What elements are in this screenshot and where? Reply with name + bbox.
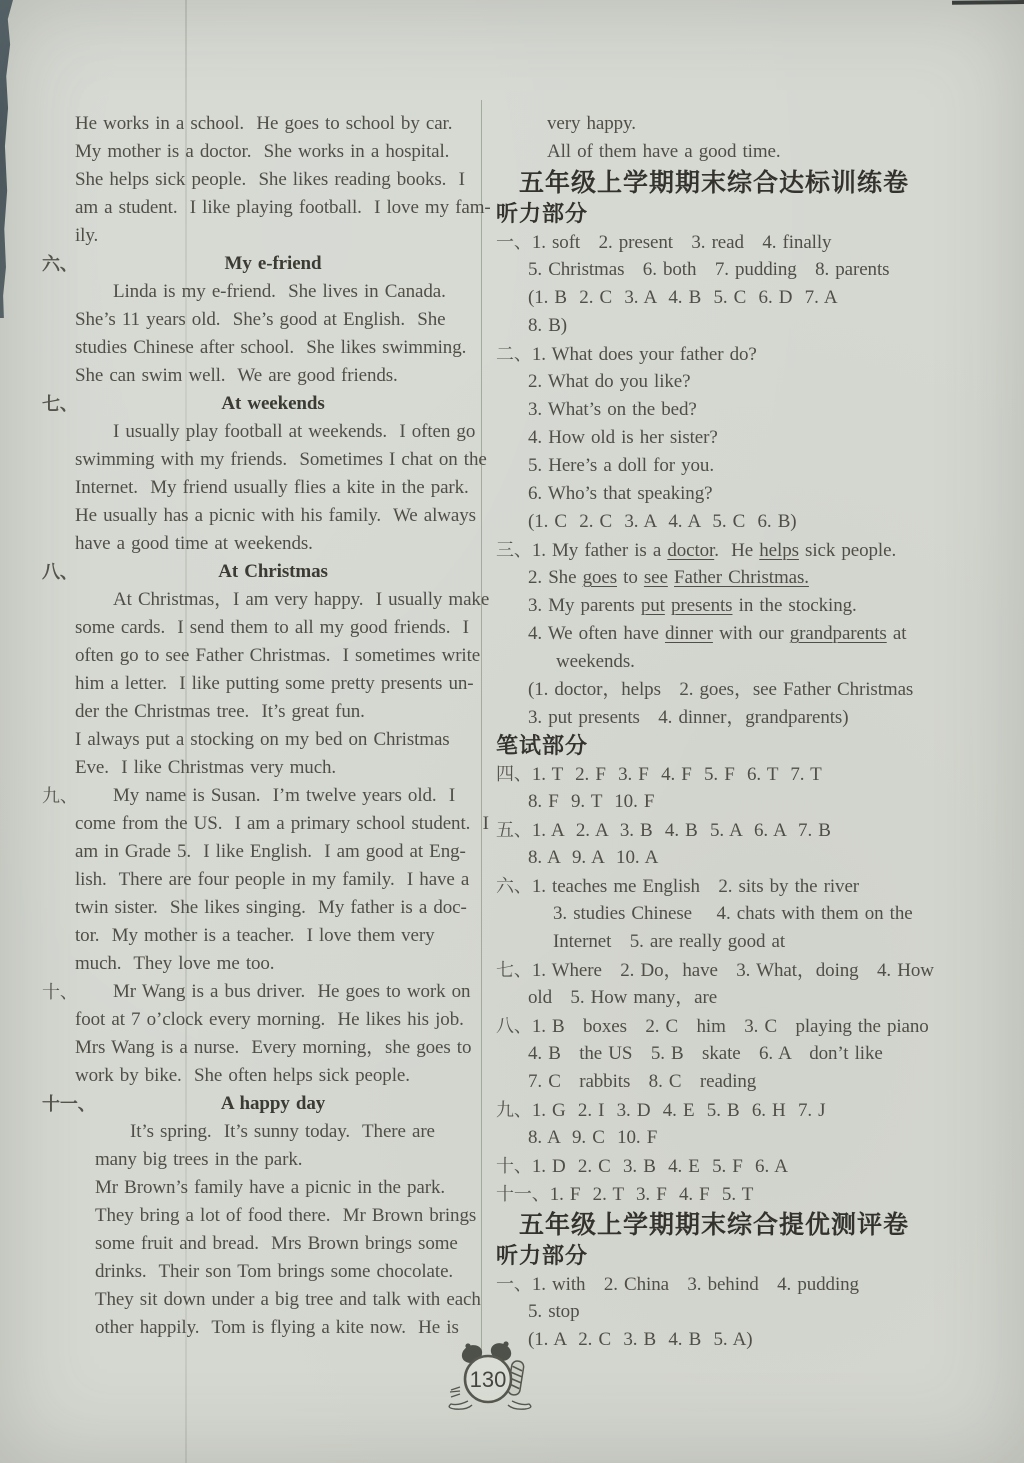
line-text: 3. My parents [528,595,641,616]
line-text: tor. My mother is a teacher. I love them… [75,925,435,946]
text-line: tor. My mother is a teacher. I love them… [75,922,471,950]
text-line: old 5. How many，are [496,984,932,1012]
line-text: 4. We often have [528,623,665,644]
text-line: 5. Christmas 6. both 7. pudding 8. paren… [496,256,932,284]
line-text: At Christmas [218,561,328,582]
line-text: 4. How old is her sister? [528,427,718,448]
item-number-label: 九、 [42,782,78,810]
line-text: with our [713,623,790,644]
line-text: 5. Here’s a doll for you. [528,455,714,476]
line-text: some fruit and bread. Mrs Brown brings s… [95,1233,458,1254]
text-line: It’s spring. It’s sunny today. There are [75,1118,471,1146]
line-text: 1. B boxes 2. C him 3. C playing the pia… [532,1016,929,1037]
line-text: come from the US. I am a primary school … [75,813,489,834]
text-line: 2. What do you like? [496,368,932,396]
line-text: 8. A 9. A 10. A [528,847,658,868]
text-line: 4. We often have dinner with our grandpa… [496,620,932,648]
line-text: 1. D 2. C 3. B 4. E 5. F 6. A [532,1156,788,1177]
line-text: He usually has a picnic with his family.… [75,505,476,526]
text-line: studies Chinese after school. She likes … [75,334,471,362]
line-text: some cards. I send them to all my good f… [75,617,469,638]
line-text: Mr Brown’s family have a picnic in the p… [95,1177,445,1198]
text-line: 六、1. teaches me English 2. sits by the r… [496,872,932,900]
text-line: weekends. [496,648,932,676]
underlined-answer-word: helps [759,540,799,561]
line-text: 1. F 2. T 3. F 4. F 5. T [550,1184,754,1205]
underlined-answer-word: Father Christmas. [674,567,809,588]
text-line: 8. F 9. T 10. F [496,788,932,816]
passage-heading: 七、At weekends [75,390,471,418]
text-line: him a letter. I like putting some pretty… [75,670,471,698]
passage-heading: 十一、A happy day [75,1090,471,1118]
text-line: many big trees in the park. [75,1146,471,1174]
page-number: 130 [470,1367,507,1392]
text-line: 4. How old is her sister? [496,424,932,452]
text-line: ily. [75,222,471,250]
item-number-label: 五、 [496,816,532,844]
line-text: der the Christmas tree. It’s great fun. [75,701,365,722]
text-line: She’s 11 years old. She’s good at Englis… [75,306,471,334]
underlined-answer-word: goes [583,567,617,588]
line-text: 听力部分 [496,201,588,226]
underlined-answer-word: dinner [665,623,713,644]
line-text: My mother is a doctor. She works in a ho… [75,141,449,162]
line-text: 3. put presents 4. dinner，grandparents) [528,707,848,728]
item-number-label: 三、 [496,536,532,564]
item-number-label: 八、 [496,1012,532,1040]
text-line: come from the US. I am a primary school … [75,810,471,838]
scan-edge-line [952,0,1024,5]
line-text: 1. What does your father do? [532,344,757,365]
text-line: At Christmas，I am very happy. I usually … [75,586,471,614]
line-text: twin sister. She likes singing. My fathe… [75,897,467,918]
line-text: 1. G 2. I 3. D 4. E 5. B 6. H 7. J [532,1100,826,1121]
scanned-answer-key-page: He works in a school. He goes to school … [0,0,1024,1463]
line-text: 1. T 2. F 3. F 4. F 5. F 6. T 7. T [532,764,822,785]
text-line: foot at 7 o’clock every morning. He like… [75,1006,471,1034]
line-text: swimming with my friends. Sometimes I ch… [75,449,487,470]
text-line: have a good time at weekends. [75,530,471,558]
text-line: All of them have a good time. [496,138,932,166]
line-text: 笔试部分 [496,733,588,758]
text-line: 3. studies Chinese 4. chats with them on… [496,900,932,928]
text-line: 3. My parents put presents in the stocki… [496,592,932,620]
text-line: lish. There are four people in my family… [75,866,471,894]
underlined-answer-word: grandparents [790,623,887,644]
line-text: 6. Who’s that speaking? [528,483,712,504]
text-line: 十、Mr Wang is a bus driver. He goes to wo… [75,978,471,1006]
text-line: 5. Here’s a doll for you. [496,452,932,480]
line-text: I usually play football at weekends. I o… [113,421,475,442]
text-line: They bring a lot of food there. Mr Brown… [75,1202,471,1230]
line-text: Internet. My friend usually flies a kite… [75,477,469,498]
line-text: 1. soft 2. present 3. read 4. finally [532,232,832,253]
item-number-label: 十一、 [496,1180,550,1208]
underlined-answer-word: put [641,595,665,616]
item-number-label: 十、 [42,978,78,1006]
text-line: 7. C rabbits 8. C reading [496,1068,932,1096]
text-line: twin sister. She likes singing. My fathe… [75,894,471,922]
line-text: 7. C rabbits 8. C reading [528,1071,756,1092]
line-text: 3. What’s on the bed? [528,399,697,420]
text-line: drinks. Their son Tom brings some chocol… [75,1258,471,1286]
text-line: I usually play football at weekends. I o… [75,418,471,446]
line-text: drinks. Their son Tom brings some chocol… [95,1261,453,1282]
item-number-label: 九、 [496,1096,532,1124]
line-text: other happily. Tom is flying a kite now.… [95,1317,459,1338]
line-text: very happy. [547,113,636,134]
exam-title: 五年级上学期期末综合达标训练卷 [496,166,932,200]
text-line: 九、My name is Susan. I’m twelve years old… [75,782,471,810]
line-text: She can swim well. We are good friends. [75,365,398,386]
passage-heading: 八、At Christmas [75,558,471,586]
line-text: My e-friend [225,253,322,274]
underlined-answer-word: presents [671,595,732,616]
text-line: 3. What’s on the bed? [496,396,932,424]
text-line: 8. A 9. C 10. F [496,1124,932,1152]
text-line: 3. put presents 4. dinner，grandparents) [496,704,932,732]
line-text: many big trees in the park. [95,1149,302,1170]
line-text: at [887,623,907,644]
item-number-label: 七、 [496,956,532,984]
text-line: 8. A 9. A 10. A [496,844,932,872]
column-divider-rule [481,100,482,1358]
text-line: My mother is a doctor. She works in a ho… [75,138,471,166]
text-line: (1. B 2. C 3. A 4. B 5. C 6. D 7. A [496,284,932,312]
line-text: At Christmas，I am very happy. I usually … [113,589,489,610]
text-line: Internet 5. are really good at [496,928,932,956]
text-line: (1. C 2. C 3. A 4. A 5. C 6. B) [496,508,932,536]
item-number-label: 八、 [42,558,78,586]
line-text: (1. A 2. C 3. B 4. B 5. A) [528,1329,752,1350]
text-line: 8. B) [496,312,932,340]
line-text: am a student. I like playing football. I… [75,197,491,218]
underlined-answer-word: see [644,567,668,588]
line-text: 1. with 2. China 3. behind 4. pudding [532,1274,859,1295]
text-line: (1. A 2. C 3. B 4. B 5. A) [496,1326,932,1354]
line-text: They sit down under a big tree and talk … [95,1289,481,1310]
line-text: Eve. I like Christmas very much. [75,757,336,778]
line-text: All of them have a good time. [547,141,781,162]
item-number-label: 一、 [496,1270,532,1298]
scan-torn-edge [0,0,13,318]
text-line: 三、1. My father is a doctor. He helps sic… [496,536,932,564]
line-text: My name is Susan. I’m twelve years old. … [113,785,455,806]
text-line: am in Grade 5. I like English. I am good… [75,838,471,866]
text-line: 八、1. B boxes 2. C him 3. C playing the p… [496,1012,932,1040]
text-line: 5. stop [496,1298,932,1326]
text-line: 七、1. Where 2. Do，have 3. What，doing 4. H… [496,956,932,984]
text-line: He works in a school. He goes to school … [75,110,471,138]
line-text: 8. F 9. T 10. F [528,791,654,812]
item-number-label: 四、 [496,760,532,788]
line-text: him a letter. I like putting some pretty… [75,673,474,694]
text-line: 十、1. D 2. C 3. B 4. E 5. F 6. A [496,1152,932,1180]
text-line: Linda is my e-friend. She lives in Canad… [75,278,471,306]
line-text: A happy day [221,1093,325,1114]
item-number-label: 十一、 [42,1090,96,1118]
text-line: 6. Who’s that speaking? [496,480,932,508]
item-number-label: 一、 [496,228,532,256]
text-line: She helps sick people. She likes reading… [75,166,471,194]
line-text: sick people. [799,540,896,561]
text-line: am a student. I like playing football. I… [75,194,471,222]
line-text: I always put a stocking on my bed on Chr… [75,729,450,750]
line-text: 听力部分 [496,1243,588,1268]
text-line: 十一、1. F 2. T 3. F 4. F 5. T [496,1180,932,1208]
line-text: lish. There are four people in my family… [75,869,469,890]
text-line: work by bike. She often helps sick peopl… [75,1062,471,1090]
line-text: She’s 11 years old. She’s good at Englis… [75,309,445,330]
text-line: often go to see Father Christmas. I some… [75,642,471,670]
section-heading: 笔试部分 [496,732,932,760]
text-line: 五、1. A 2. A 3. B 4. B 5. A 6. A 7. B [496,816,932,844]
line-text: am in Grade 5. I like English. I am good… [75,841,466,862]
text-line: Eve. I like Christmas very much. [75,754,471,782]
line-text: 2. She [528,567,583,588]
line-text: (1. C 2. C 3. A 4. A 5. C 6. B) [528,511,797,532]
passage-heading: 六、My e-friend [75,250,471,278]
item-number-label: 七、 [42,390,78,418]
line-text: 8. B) [528,315,567,336]
line-text: 5. Christmas 6. both 7. pudding 8. paren… [528,259,889,280]
item-number-label: 六、 [42,250,78,278]
line-text: Mrs Wang is a nurse. Every morning，she g… [75,1037,471,1058]
line-text: 1. A 2. A 3. B 4. B 5. A 6. A 7. B [532,820,831,841]
text-line: 2. She goes to see Father Christmas. [496,564,932,592]
line-text: At weekends [221,393,324,414]
text-line: I always put a stocking on my bed on Chr… [75,726,471,754]
line-text: 五年级上学期期末综合达标训练卷 [519,169,909,197]
text-line: some fruit and bread. Mrs Brown brings s… [75,1230,471,1258]
alarm-clock-icon: 130 [430,1335,550,1415]
line-text: 1. teaches me English 2. sits by the riv… [532,876,859,897]
line-text: (1. B 2. C 3. A 4. B 5. C 6. D 7. A [528,287,837,308]
section-heading: 听力部分 [496,1242,932,1270]
line-text: Mr Wang is a bus driver. He goes to work… [113,981,470,1002]
line-text: often go to see Father Christmas. I some… [75,645,480,666]
text-line: swimming with my friends. Sometimes I ch… [75,446,471,474]
line-text: work by bike. She often helps sick peopl… [75,1065,410,1086]
text-line: Mrs Wang is a nurse. Every morning，she g… [75,1034,471,1062]
section-heading: 听力部分 [496,200,932,228]
line-text: old 5. How many，are [528,987,717,1008]
text-line: very happy. [496,110,932,138]
text-line: 一、1. with 2. China 3. behind 4. pudding [496,1270,932,1298]
line-text: They bring a lot of food there. Mr Brown… [95,1205,476,1226]
line-text: in the stocking. [732,595,856,616]
line-text: to [617,567,644,588]
line-text: 1. Where 2. Do，have 3. What，doing 4. How [532,960,934,981]
line-text: studies Chinese after school. She likes … [75,337,466,358]
exam-title: 五年级上学期期末综合提优测评卷 [496,1208,932,1242]
line-text: . He [714,540,759,561]
right-text-column: very happy.All of them have a good time.… [496,110,932,1354]
text-line: 4. B the US 5. B skate 6. A don’t like [496,1040,932,1068]
line-text: (1. doctor，helps 2. goes，see Father Chri… [528,679,913,700]
line-text: 3. studies Chinese 4. chats with them on… [553,903,913,924]
item-number-label: 十、 [496,1152,532,1180]
line-text: 4. B the US 5. B skate 6. A don’t like [528,1043,883,1064]
underlined-answer-word: doctor [667,540,714,561]
line-text: weekends. [556,651,635,672]
text-line: much. They love me too. [75,950,471,978]
line-text: She helps sick people. She likes reading… [75,169,465,190]
text-line: He usually has a picnic with his family.… [75,502,471,530]
text-line: der the Christmas tree. It’s great fun. [75,698,471,726]
line-text: ily. [75,225,98,246]
item-number-label: 二、 [496,340,532,368]
text-line: other happily. Tom is flying a kite now.… [75,1314,471,1342]
line-text: Internet 5. are really good at [553,931,785,952]
text-line: 一、1. soft 2. present 3. read 4. finally [496,228,932,256]
line-text: 2. What do you like? [528,371,690,392]
line-text: much. They love me too. [75,953,274,974]
text-line: (1. doctor，helps 2. goes，see Father Chri… [496,676,932,704]
text-line: 二、1. What does your father do? [496,340,932,368]
page-number-footer: 130 [430,1335,550,1415]
text-line: Mr Brown’s family have a picnic in the p… [75,1174,471,1202]
text-line: Internet. My friend usually flies a kite… [75,474,471,502]
text-line: They sit down under a big tree and talk … [75,1286,471,1314]
line-text: have a good time at weekends. [75,533,313,554]
line-text: 5. stop [528,1301,579,1322]
line-text: He works in a school. He goes to school … [75,113,452,134]
text-line: some cards. I send them to all my good f… [75,614,471,642]
line-text: foot at 7 o’clock every morning. He like… [75,1009,464,1030]
text-line: She can swim well. We are good friends. [75,362,471,390]
line-text: It’s spring. It’s sunny today. There are [130,1121,435,1142]
text-line: 四、1. T 2. F 3. F 4. F 5. F 6. T 7. T [496,760,932,788]
line-text: 五年级上学期期末综合提优测评卷 [519,1211,909,1239]
text-line: 九、1. G 2. I 3. D 4. E 5. B 6. H 7. J [496,1096,932,1124]
line-text: Linda is my e-friend. She lives in Canad… [113,281,446,302]
line-text: 1. My father is a [532,540,668,561]
left-text-column: He works in a school. He goes to school … [75,110,471,1342]
line-text: 8. A 9. C 10. F [528,1127,657,1148]
item-number-label: 六、 [496,872,532,900]
